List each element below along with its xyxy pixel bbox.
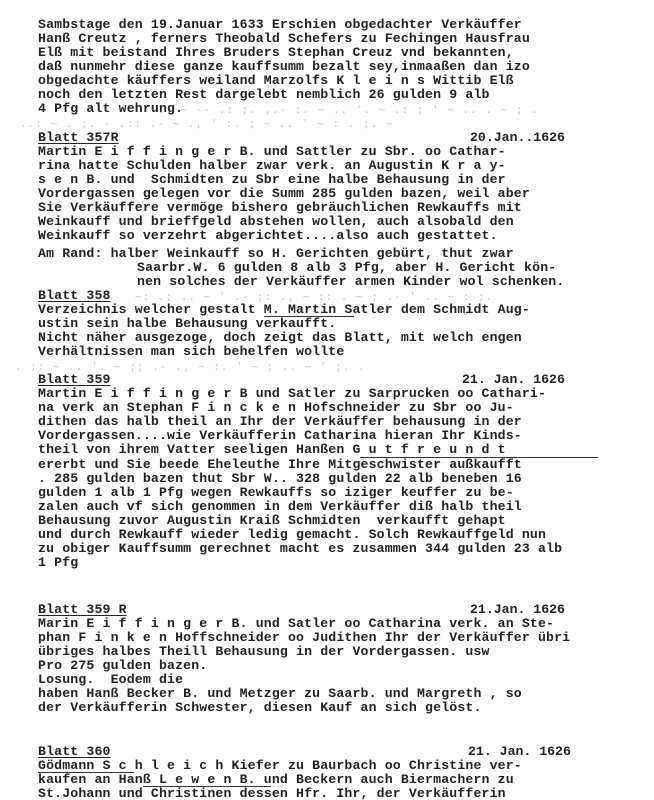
text-line: Sie Verkäuffere vermöge bishero gebräuch… bbox=[38, 201, 522, 215]
text-line: phan F i n k e n Hoffschneider oo Judith… bbox=[38, 631, 570, 645]
text-line: daß nunmehr diese ganze kauffsumm bezalt… bbox=[38, 60, 530, 74]
text-line: Martin E i f f i n g e r B. und Sattler … bbox=[38, 145, 506, 159]
text-line: Marin E i f f i n g e r B. und Satler oo… bbox=[38, 617, 554, 631]
text-line: Sambstage den 19.Januar 1633 Erschien ob… bbox=[38, 18, 522, 32]
text-line: Weinkauff und brieffgeld abstehen wollen… bbox=[38, 215, 514, 229]
text-line: übriges halbes Theill Behausung in der V… bbox=[38, 645, 490, 659]
text-line: und durch Rewkauff wieder ledig gemacht.… bbox=[38, 528, 546, 542]
margin-note-line: nen solches der Verkäuffer armen Kinder … bbox=[137, 275, 564, 289]
text-line: theil von ihrem Vatter seeligen Hanßen G… bbox=[38, 443, 506, 457]
section-heading: Blatt 359 bbox=[38, 373, 111, 387]
text-line: haben Hanß Becker B. und Metzger zu Saar… bbox=[38, 687, 522, 701]
text-line: dithen das halb theil an Ihr der Verkäuf… bbox=[38, 415, 522, 429]
section-heading: Blatt 359 R bbox=[38, 603, 127, 617]
text-line: zalen auch vf sich genommen in dem Verkä… bbox=[38, 500, 522, 514]
text-line: . 285 gulden bazen thut Sbr W.. 328 guld… bbox=[38, 472, 522, 486]
section-date: 21. Jan. 1626 bbox=[462, 373, 565, 387]
text-line: Verhältnissen man sich behelfen wollte bbox=[38, 345, 344, 359]
text-line: kaufen an Hanß L e w e n B. und Beckern … bbox=[38, 773, 514, 787]
text-line: zu obiger Kauffsumm gerechnet macht es z… bbox=[38, 542, 562, 556]
section-date: 20.Jan..1626 bbox=[470, 131, 565, 145]
text-line: Gödmann S c h l e i c h Kiefer zu Baurba… bbox=[38, 759, 522, 773]
text-line: Nicht näher ausgezoge, doch zeigt das Bl… bbox=[38, 331, 522, 345]
text-line: der Verkäufferin Schwester, diesen Kauf … bbox=[38, 701, 482, 715]
text-line: na verk an Stephan F i n c k e n Hofschn… bbox=[38, 401, 514, 415]
text-line: 1 Pfg bbox=[38, 556, 78, 570]
text-line: Losung. Eodem die bbox=[38, 673, 183, 687]
text-line: noch den letzten Rest dargelebt nemblich… bbox=[38, 88, 490, 102]
scanned-document-page: Sambstage den 19.Januar 1633 Erschien ob… bbox=[0, 0, 654, 800]
text-line: Martin E i f f i n g e r B und Satler zu… bbox=[38, 387, 546, 401]
margin-note-line: Saarbr.W. 6 gulden 8 alb 3 Pfg, aber H. … bbox=[137, 261, 556, 275]
text-line: ustin sein halbe Behausung verkaufft. bbox=[38, 317, 336, 331]
text-line: Weinkauff so verzehrt abgerichtet....als… bbox=[38, 229, 498, 243]
section-date: 21. Jan. 1626 bbox=[468, 745, 571, 759]
section-date: 21.Jan. 1626 bbox=[470, 603, 565, 617]
text-line: Hanß Creutz , ferners Theobald Schefers … bbox=[38, 32, 530, 46]
text-line: Vordergassen gelegen vor die Summ 285 gu… bbox=[38, 187, 530, 201]
text-line: obgedachte käuffers weiland Marzolfs K l… bbox=[38, 74, 514, 88]
section-heading: Blatt 360 bbox=[38, 745, 111, 759]
scan-noise: ..: ~ . ;. - .:: .- ~ ., ' :. ; ~ .. ' ~… bbox=[20, 117, 394, 130]
margin-note-line: Am Rand: halber Weinkauff so H. Gerichte… bbox=[38, 247, 514, 261]
section-heading: Blatt 358 bbox=[38, 289, 111, 303]
section-heading: Blatt 357R bbox=[38, 131, 119, 145]
scan-noise: ~. ~ -- .: ;. ,.- :. ~ .. '. ~ .: ; ' ~ … bbox=[150, 103, 539, 116]
text-line: St.Johann und Christinen dessen Hfr. Ihr… bbox=[38, 787, 506, 800]
text-line: Elß mit beistand Ihres Bruders Stephan C… bbox=[38, 46, 514, 60]
text-line: rina hatte Schulden halber zwar verk. an… bbox=[38, 159, 506, 173]
text-line: s e n B. und Schmidten zu Sbr eine halbe… bbox=[38, 173, 506, 187]
text-line: gulden 1 alb 1 Pfg wegen Rewkauffs so iz… bbox=[38, 486, 514, 500]
text-line: Pro 275 gulden bazen. bbox=[38, 659, 207, 673]
text-line: Vordergassen....wie Verkäufferin Cathari… bbox=[38, 429, 522, 443]
text-line: Behausung zuvor Augustin Kraiß Schmidten… bbox=[38, 514, 506, 528]
text-line: Verzeichnis welcher gestalt M. Martin Sa… bbox=[38, 303, 530, 317]
text-line: ererbt und Sie beede Eheleuthe Ihre Mitg… bbox=[38, 458, 522, 472]
